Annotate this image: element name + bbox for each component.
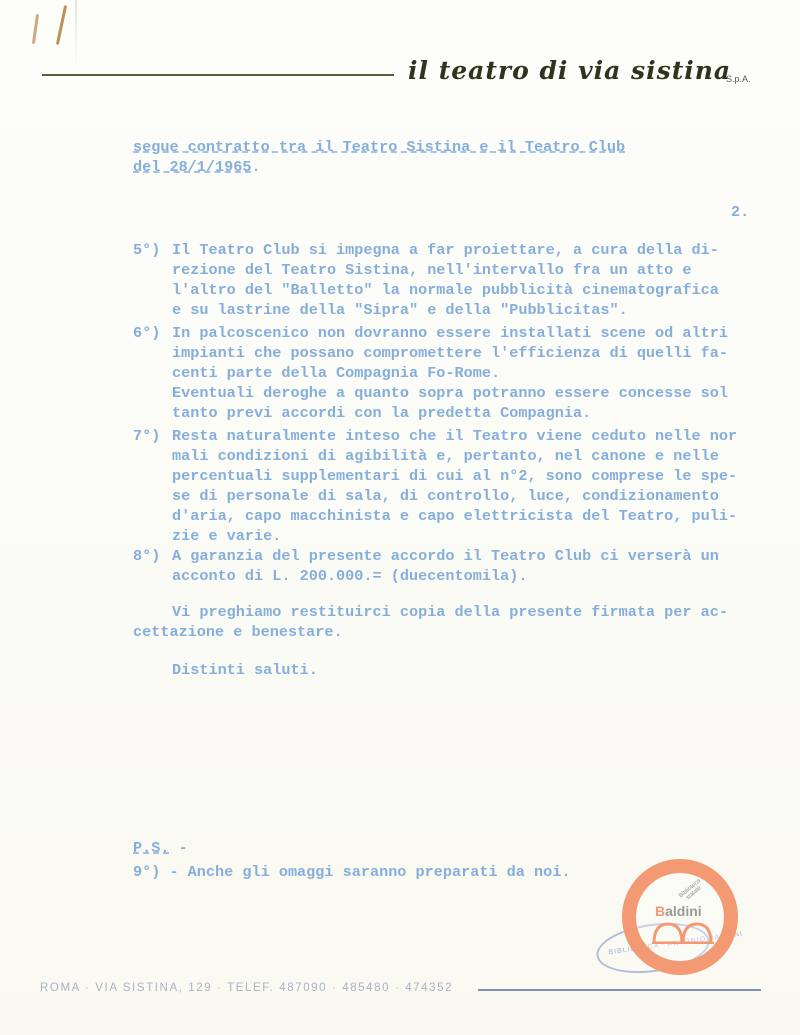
clause-8-number: 8°)	[133, 546, 160, 566]
clause-line: Il Teatro Club si impegna a far proietta…	[172, 241, 719, 259]
baldini-b-logo-icon	[652, 922, 714, 944]
clause-line: In palcoscenico non dovranno essere inst…	[172, 324, 728, 342]
clause-line: se di personale di sala, di controllo, l…	[172, 487, 719, 505]
clause-line: A garanzia del presente accordo il Teatr…	[172, 547, 719, 565]
pencil-mark	[32, 14, 39, 44]
paper-fold-shadow	[75, 0, 77, 70]
clause-line: rezione del Teatro Sistina, nell'interva…	[172, 261, 692, 279]
stamp-name-initial: B	[655, 903, 665, 919]
subject-line-2-period: .	[251, 158, 260, 176]
letterhead-company-suffix: S.p.A.	[726, 74, 751, 84]
clause-line: centi parte della Compagnia Fo-Rome.	[172, 364, 500, 382]
clause-8-body: A garanzia del presente accordo il Teatr…	[172, 546, 719, 586]
clause-line: percentuali supplementari di cui al n°2,…	[172, 467, 737, 485]
clause-line: tanto previ accordi con la predetta Comp…	[172, 404, 591, 422]
stamp-library-name: Baldini	[655, 903, 702, 919]
clause-line: e su lastrine della "Sipra" e della "Pub…	[172, 301, 628, 319]
subject-line-1: segue contratto tra il Teatro Sistina e …	[133, 138, 625, 156]
document-page: il teatro di via sistina S.p.A. segue co…	[0, 0, 800, 1035]
clause-6-body: In palcoscenico non dovranno essere inst…	[172, 323, 728, 423]
closing-request-line-2: cettazione e benestare.	[133, 622, 343, 642]
page-number: 2.	[731, 202, 749, 222]
clause-line: mali condizioni di agibilità e, pertanto…	[172, 447, 719, 465]
salutation: Distinti saluti.	[172, 660, 318, 680]
clause-line: Eventuali deroghe a quanto sopra potrann…	[172, 384, 728, 402]
clause-7-number: 7°)	[133, 426, 160, 446]
pencil-mark	[56, 5, 67, 45]
clause-line: Resta naturalmente inteso che il Teatro …	[172, 427, 737, 445]
clause-line: d'aria, capo macchinista e capo elettric…	[172, 507, 737, 525]
closing-request-line-1: Vi preghiamo restituirci copia della pre…	[172, 602, 728, 622]
footer-address: ROMA · VIA SISTINA, 129 · TELEF. 487090 …	[40, 982, 453, 994]
clause-line: impianti che possano compromettere l'eff…	[172, 344, 728, 362]
clause-7-body: Resta naturalmente inteso che il Teatro …	[172, 426, 737, 546]
clause-6-number: 6°)	[133, 323, 160, 343]
postscript-line: 9°) - Anche gli omaggi saranno preparati…	[133, 862, 570, 882]
clause-line: acconto di L. 200.000.= (duecentomila).	[172, 567, 527, 585]
stamp-name-rest: aldini	[665, 903, 702, 919]
clause-5-number: 5°)	[133, 240, 160, 260]
subject-heading: segue contratto tra il Teatro Sistina e …	[133, 137, 625, 177]
letterhead-rule	[42, 74, 394, 76]
postscript-dash: -	[169, 839, 187, 857]
footer-rule	[478, 989, 761, 991]
postscript-label-text: P.S.	[133, 839, 169, 857]
postscript-label: P.S. -	[133, 838, 188, 858]
clause-line: zie e varie.	[172, 527, 281, 545]
letterhead-title: il teatro di via sistina	[408, 56, 731, 85]
subject-line-2: del 28/1/1965	[133, 158, 251, 176]
clause-5-body: Il Teatro Club si impegna a far proietta…	[172, 240, 719, 320]
clause-line: l'altro del "Balletto" la normale pubbli…	[172, 281, 719, 299]
